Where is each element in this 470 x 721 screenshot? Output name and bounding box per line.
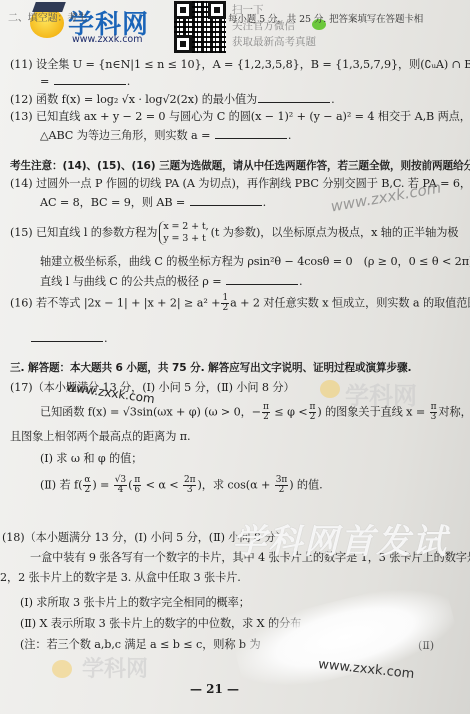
question-17-stem2: 且图象上相邻两个最高点的距离为 π. <box>10 430 190 444</box>
question-18-part1: (Ⅰ) 求所取 3 张卡片上的数字完全相同的概率； <box>20 596 250 610</box>
question-17-part1: (Ⅰ) 求 ω 和 φ 的值； <box>40 452 142 466</box>
question-14: (14) 过圆外一点 P 作圆的切线 PA (A 为切点)，再作割线 PBC 分… <box>10 177 470 191</box>
question-text: 已知直线 ax + y − 2 = 0 与圆心为 C 的圆(x − 1)² + … <box>36 110 470 123</box>
question-15: (15) 已知直线 l 的参数方程为x = 2 + t,y = 3 + t(t … <box>10 221 458 245</box>
question-text: 设全集 U = {n∈N|1 ≤ n ≤ 10}，A = {1,2,3,5,8}… <box>36 58 470 71</box>
question-number: (13) <box>10 110 33 123</box>
page-number: — 21 — <box>190 682 239 696</box>
graduation-cap-icon <box>32 2 66 12</box>
watermark-mascot-icon <box>52 660 72 678</box>
question-13-cont: △ABC 为等边三角形，则实数 a = . <box>40 128 291 143</box>
question-15-cont: 轴建立极坐标系，曲线 C 的极坐标方程为 ρsin²θ − 4cosθ = 0 … <box>40 255 470 269</box>
question-16-answer: . <box>30 331 107 346</box>
question-number: (16) <box>10 297 33 310</box>
qr-caption-3: 获取最新高考真题 <box>232 36 316 49</box>
section2-heading-partial: 二、填空题：考生 <box>8 12 87 26</box>
question-number: (12) <box>10 93 33 106</box>
question-16: (16) 若不等式 |2x − 1| + |x + 2| ≥ a² +12a +… <box>10 294 470 313</box>
fraction: 12 <box>221 294 229 313</box>
answer-blank <box>215 128 287 139</box>
answer-blank <box>258 92 330 103</box>
question-number: (15) <box>10 226 33 239</box>
question-number: (11) <box>10 58 33 71</box>
answer-blank <box>54 74 126 85</box>
question-12: (12) 函数 f(x) = log₂ √x · log√2(2x) 的最小值为… <box>10 92 335 107</box>
section3-heading: 三. 解答题：本大题共 6 小题，共 75 分. 解答应写出文字说明、证明过程或… <box>10 361 411 375</box>
parametric-system: x = 2 + t,y = 3 + t <box>159 221 208 245</box>
question-17-header: (17)（本小题满分 13 分，(Ⅰ) 小问 5 分，(Ⅱ) 小问 8 分） <box>10 381 295 395</box>
question-text: 函数 f(x) = log₂ √x · log√2(2x) 的最小值为 <box>36 93 257 106</box>
watermark-site-bottom: 学科网 <box>82 652 148 683</box>
watermark-mascot-icon <box>320 380 340 398</box>
page-edge <box>0 714 470 721</box>
answer-blank <box>31 331 103 342</box>
elective-notice: 考生注意：(14)、(15)、(16) 三题为选做题，请从中任选两题作答，若三题… <box>10 159 470 173</box>
question-18-header: (18)（本小题满分 13 分，(Ⅰ) 小问 5 分，(Ⅱ) 小问 8 分） <box>2 531 287 545</box>
question-13: (13) 已知直线 ax + y − 2 = 0 与圆心为 C 的圆(x − 1… <box>10 110 470 124</box>
question-17-part2: (Ⅱ) 若 f(α2) = √34(π6 < α < 2π3)，求 cos(α … <box>40 476 323 495</box>
question-11: (11) 设全集 U = {n∈N|1 ≤ n ≤ 10}，A = {1,2,3… <box>10 58 470 72</box>
scan-glare <box>229 575 461 701</box>
question-18-stem2: 2，2 张卡片上的数字是 3. 从盒中任取 3 张卡片. <box>0 571 241 585</box>
answer-blank <box>190 195 262 206</box>
question-18-note: (注：若三个数 a,b,c 满足 a ≤ b ≤ c，则称 b 为 <box>20 638 261 652</box>
qr-code-icon <box>174 1 226 53</box>
question-18-stem: 一盒中装有 9 张各写有一个数字的卡片，其中 4 张卡片上的数字是 1，3 张卡… <box>30 551 470 565</box>
question-11-answer: = . <box>40 74 130 89</box>
answer-blank <box>226 274 298 285</box>
question-17-stem: 已知函数 f(x) = √3sin(ωx + φ) (ω > 0，−π2 ≤ φ… <box>40 403 470 422</box>
logo-url: www.zxxk.com <box>72 34 143 45</box>
section2-heading-right: 每小题 5 分，共 25 分. 把答案填写在答题卡相 <box>228 13 423 27</box>
question-text: 过圆外一点 P 作圆的切线 PA (A 为切点)，再作割线 PBC 分别交圆于 … <box>36 177 470 190</box>
question-number: (14) <box>10 177 33 190</box>
question-15-cont2: 直线 l 与曲线 C 的公共点的极径 ρ = . <box>40 274 302 289</box>
exam-page: 学科网 www.zxxk.com 二、填空题：考生 扫一下 关注官方微信 获取最… <box>0 0 470 721</box>
question-14-cont: AC = 8，BC = 9，则 AB = . <box>40 195 266 210</box>
